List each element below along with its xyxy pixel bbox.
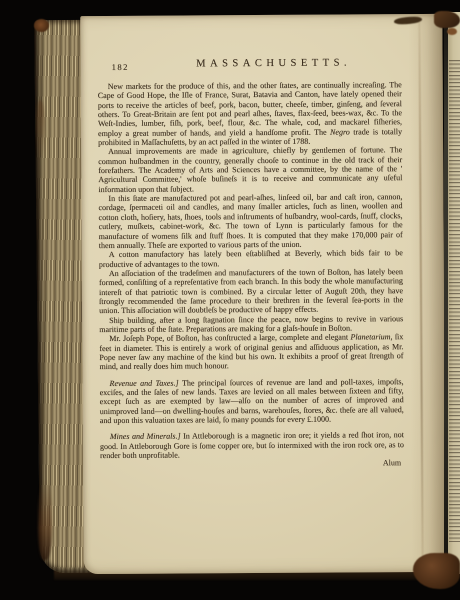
catchword-row: Alum (100, 459, 404, 470)
binding-wear-mark (34, 19, 49, 32)
paragraph: Mr. Joſeph Pope, of Boſton, has conſtruc… (99, 332, 403, 371)
binding-wear-mark (447, 28, 457, 35)
catchword: Alum (383, 459, 401, 468)
italic-text-segment: Negro (330, 127, 350, 136)
facing-page-edge (448, 12, 460, 574)
binding-wear-mark (413, 553, 460, 589)
running-title: MASSACHUSETTS. (196, 58, 351, 68)
paragraph: Ship building, after a long ſtagnation ſ… (99, 314, 403, 335)
text-segment: Annual improvements are made in agricult… (98, 146, 402, 194)
italic-text-segment: Mines and Minerals.] (110, 432, 183, 441)
italic-text-segment: Revenue and Taxes.] (110, 378, 183, 387)
book-page: 182 MASSACHUSETTS. New markets for the p… (80, 14, 445, 574)
paragraph: Revenue and Taxes.] The principal ſource… (100, 377, 404, 426)
text-segment: In this ſtate are manufactured pot and p… (98, 192, 402, 250)
text-segment: Ship building, after a long ſtagnation ſ… (99, 314, 403, 334)
book-photo: 182 MASSACHUSETTS. New markets for the p… (0, 0, 460, 600)
binding-wear-mark (38, 480, 52, 560)
page-header: 182 MASSACHUSETTS. (98, 58, 402, 75)
paragraph: A cotton manufactory has lately been eſt… (99, 248, 403, 269)
italic-text-segment: Planetarium (350, 333, 390, 342)
binding-wear-mark (36, 100, 45, 160)
facing-page-text-blur (449, 60, 460, 542)
paragraph: Annual improvements are made in agricult… (98, 146, 402, 195)
text-segment: An aſſociation of the tradeſmen and manu… (99, 267, 403, 315)
paragraph: Mines and Minerals.] In Attleborough is … (100, 431, 404, 461)
paragraph: An aſſociation of the tradeſmen and manu… (99, 267, 403, 316)
paragraphs-container: New markets for the produce of this, and… (98, 80, 404, 460)
page-number: 182 (112, 63, 129, 72)
paragraph: New markets for the produce of this, and… (98, 80, 402, 147)
page-gutter-shading (408, 14, 445, 572)
page-text: 182 MASSACHUSETTS. New markets for the p… (98, 58, 404, 470)
paragraph: In this ſtate are manufactured pot and p… (98, 192, 402, 250)
text-segment: A cotton manufactory has lately been eſt… (99, 248, 403, 268)
binding-wear-mark (434, 11, 460, 28)
